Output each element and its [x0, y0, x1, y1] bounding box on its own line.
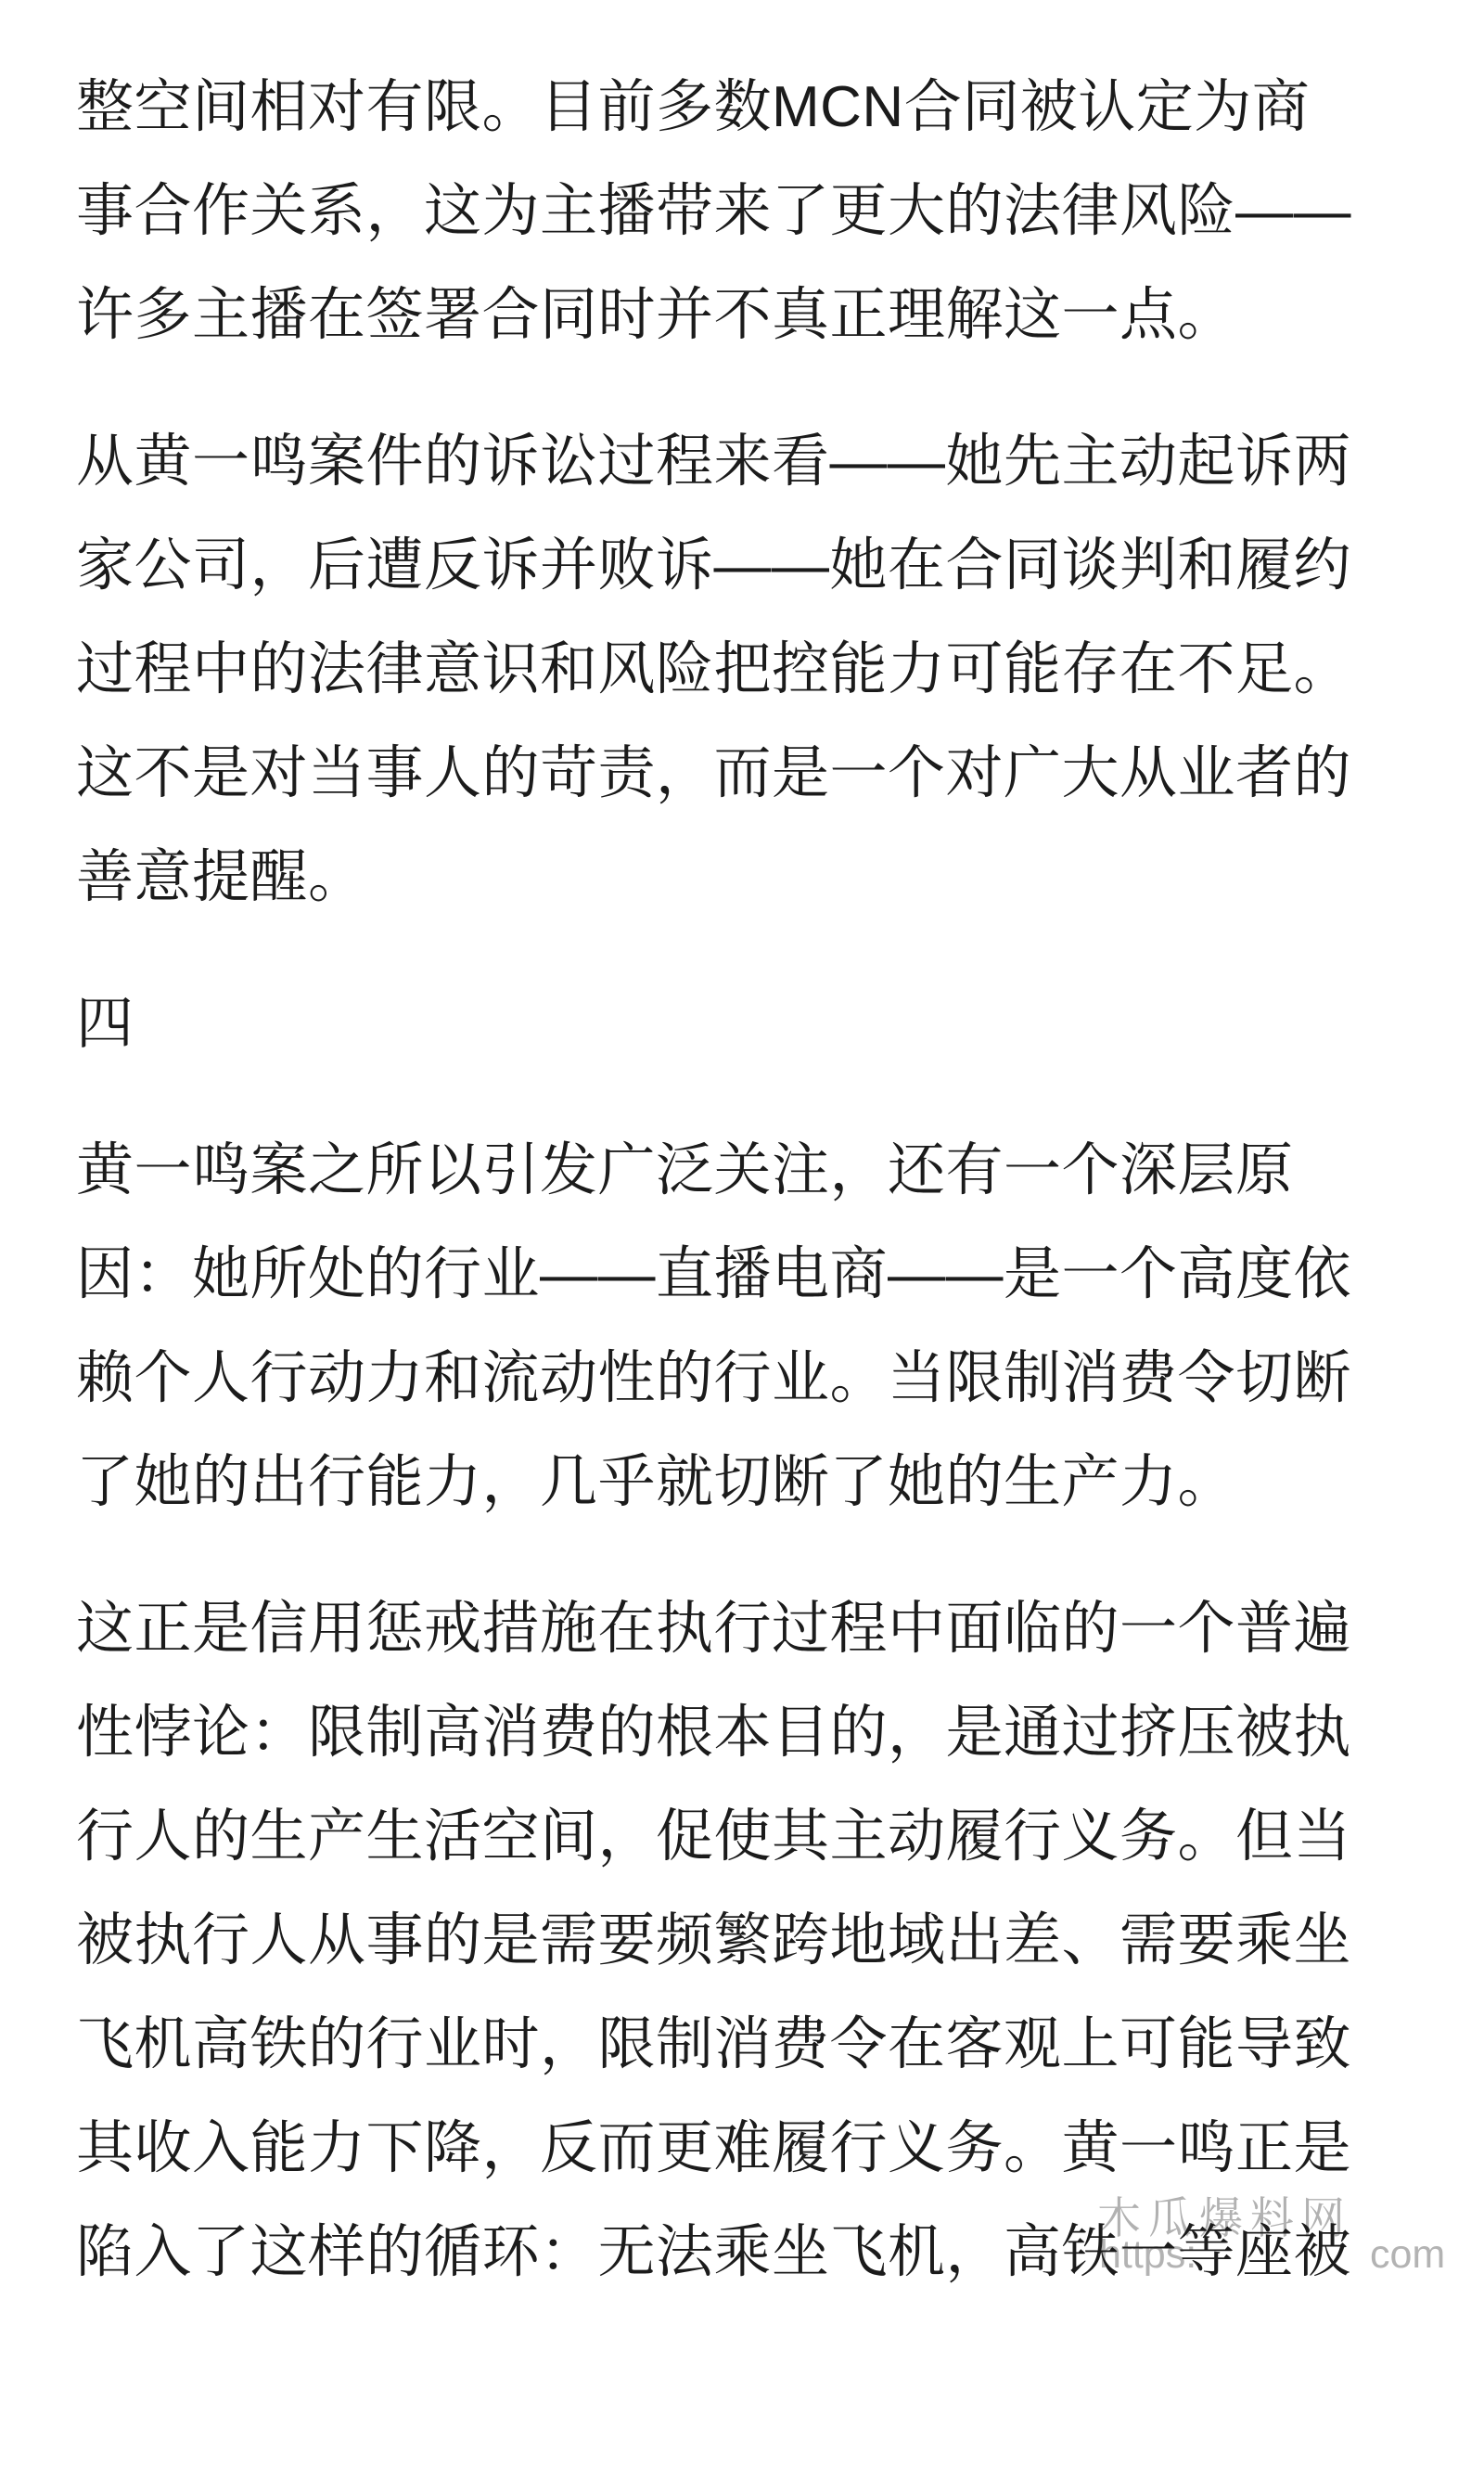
- paragraph-credit-punishment-paradox: 这正是信用惩戒措施在执行过程中面临的一个普遍 性悖论：限制高消费的根本目的，是通…: [76, 1577, 1393, 2305]
- paragraph-mcn-contracts: 整空间相对有限。目前多数MCN合同被认定为商 事合作关系，这为主播带来了更大的法…: [76, 56, 1393, 367]
- paragraph-lawsuit-process: 从黄一鸣案件的诉讼过程来看——她先主动起诉两 家公司，后遭反诉并败诉——她在合同…: [76, 410, 1393, 930]
- paragraph-industry-dependency: 黄一鸣案之所以引发广泛关注，还有一个深层原 因：她所处的行业——直播电商——是一…: [76, 1119, 1393, 1535]
- section-number: 四: [76, 972, 1393, 1076]
- article-body: 整空间相对有限。目前多数MCN合同被认定为商 事合作关系，这为主播带来了更大的法…: [0, 0, 1393, 2305]
